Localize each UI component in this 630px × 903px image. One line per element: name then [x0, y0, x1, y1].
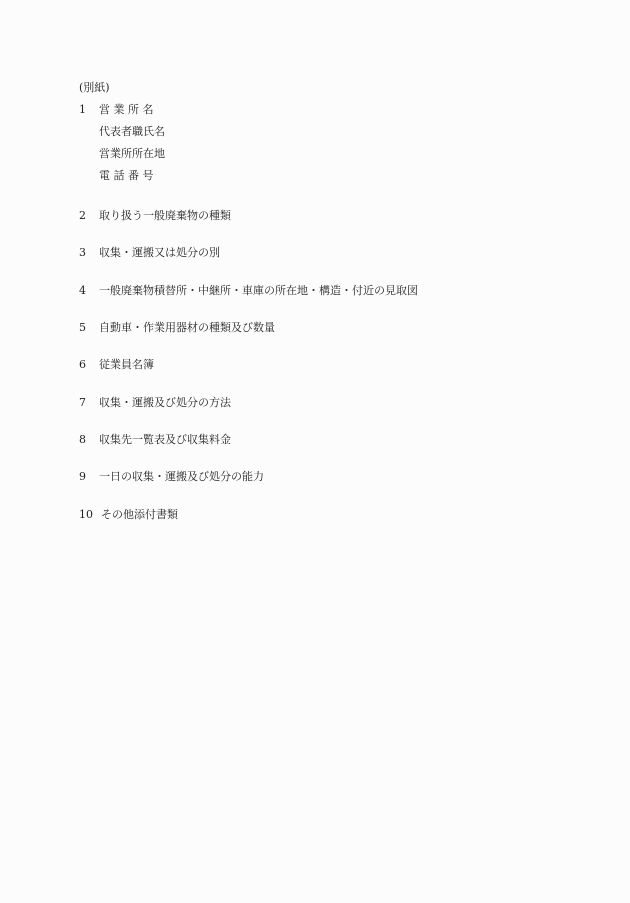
item-number: 3: [79, 246, 86, 260]
item-text: 一日の収集・運搬及び処分の能力: [99, 470, 264, 484]
office-address-label: 営業所所在地: [99, 147, 165, 161]
item-number: 1: [79, 103, 86, 117]
item-text: 従業員名簿: [99, 358, 154, 372]
item-number: 5: [79, 321, 86, 335]
item-text: 収集・運搬又は処分の別: [99, 246, 220, 260]
annex-label: (別紙): [79, 81, 110, 95]
item-number: 2: [79, 209, 86, 223]
item-number: 9: [79, 470, 86, 484]
item-number: 8: [79, 433, 86, 447]
item-number: 4: [79, 284, 86, 298]
item-number: 7: [79, 396, 86, 410]
item-number: 6: [79, 358, 86, 372]
representative-title-name-label: 代表者職氏名: [99, 125, 165, 139]
item-text: 収集・運搬及び処分の方法: [99, 396, 231, 410]
item-text: 自動車・作業用器材の種類及び数量: [99, 321, 275, 335]
document-page: (別紙) 1 営 業 所 名 代表者職氏名 営業所所在地 電 話 番 号 2 取…: [0, 0, 630, 903]
item-text: その他添付書類: [101, 508, 178, 522]
item-text: 収集先一覧表及び収集料金: [99, 433, 231, 447]
item-text: 一般廃棄物積替所・中継所・車庫の所在地・構造・付近の見取図: [99, 284, 418, 298]
item-number: 10: [79, 508, 93, 522]
business-office-name-label: 営 業 所 名: [99, 103, 154, 117]
phone-number-label: 電 話 番 号: [99, 169, 154, 183]
item-text: 取り扱う一般廃棄物の種類: [99, 209, 231, 223]
